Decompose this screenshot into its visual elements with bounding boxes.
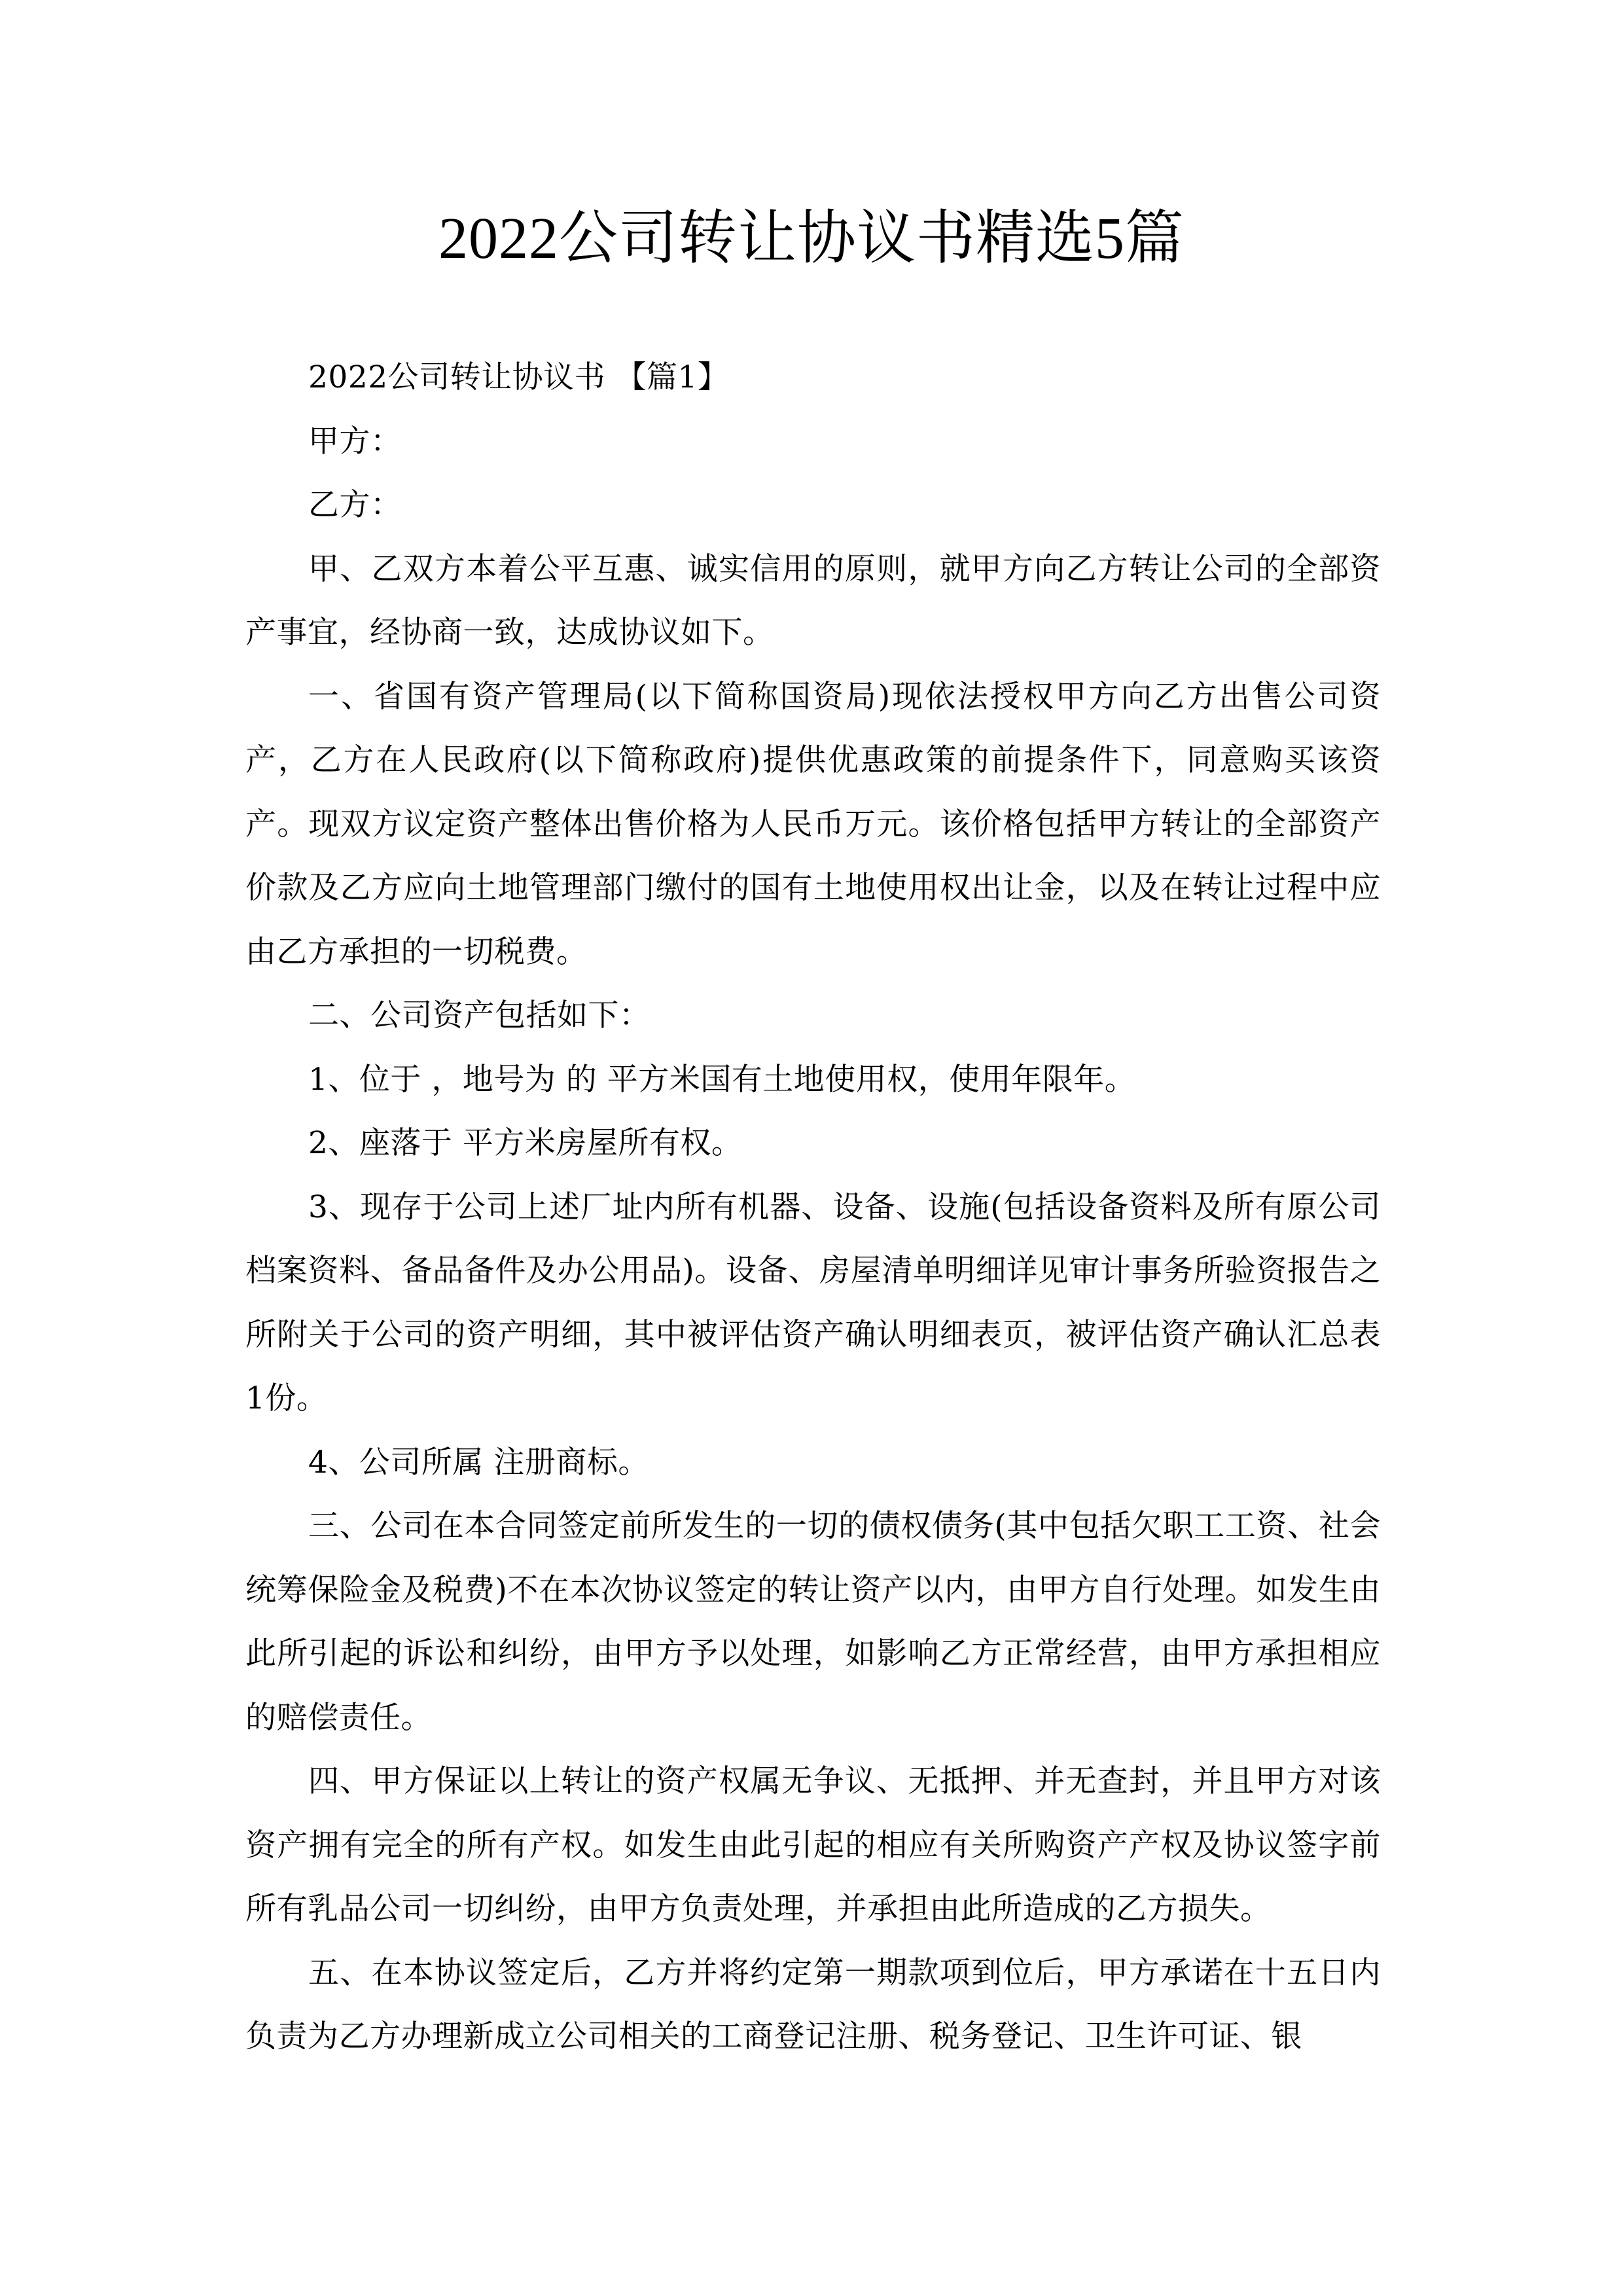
clause-2-item-4: 4、公司所属 注册商标。 bbox=[245, 1431, 1381, 1495]
party-b-label: 乙方： bbox=[245, 473, 1381, 537]
document-page: 2022公司转让协议书精选5篇 2022公司转让协议书 【篇1】 甲方： 乙方：… bbox=[0, 0, 1623, 2296]
clause-2-item-1: 1、位于 ，地号为 的 平方米国有土地使用权，使用年限年。 bbox=[245, 1048, 1381, 1112]
clause-3-paragraph: 三、公司在本合同签定前所发生的一切的债权债务(其中包括欠职工工资、社会统筹保险金… bbox=[245, 1494, 1381, 1749]
clause-2-item-2: 2、座落于 平方米房屋所有权。 bbox=[245, 1111, 1381, 1175]
document-title: 2022公司转让协议书精选5篇 bbox=[0, 196, 1623, 281]
document-body: 2022公司转让协议书 【篇1】 甲方： 乙方： 甲、乙双方本着公平互惠、诚实信… bbox=[245, 346, 1381, 2069]
party-a-label: 甲方： bbox=[245, 410, 1381, 474]
clause-2-heading: 二、公司资产包括如下： bbox=[245, 984, 1381, 1048]
preamble-paragraph: 甲、乙双方本着公平互惠、诚实信用的原则，就甲方向乙方转让公司的全部资产事宜，经协… bbox=[245, 537, 1381, 665]
clause-4-paragraph: 四、甲方保证以上转让的资产权属无争议、无抵押、并无查封，并且甲方对该资产拥有完全… bbox=[245, 1749, 1381, 1941]
clause-1-paragraph: 一、省国有资产管理局(以下简称国资局)现依法授权甲方向乙方出售公司资产，乙方在人… bbox=[245, 665, 1381, 984]
clause-5-paragraph: 五、在本协议签定后，乙方并将约定第一期款项到位后，甲方承诺在十五日内负责为乙方办… bbox=[245, 1941, 1381, 2069]
section-heading: 2022公司转让协议书 【篇1】 bbox=[245, 346, 1381, 410]
clause-2-item-3: 3、现存于公司上述厂址内所有机器、设备、设施(包括设备资料及所有原公司档案资料、… bbox=[245, 1175, 1381, 1431]
